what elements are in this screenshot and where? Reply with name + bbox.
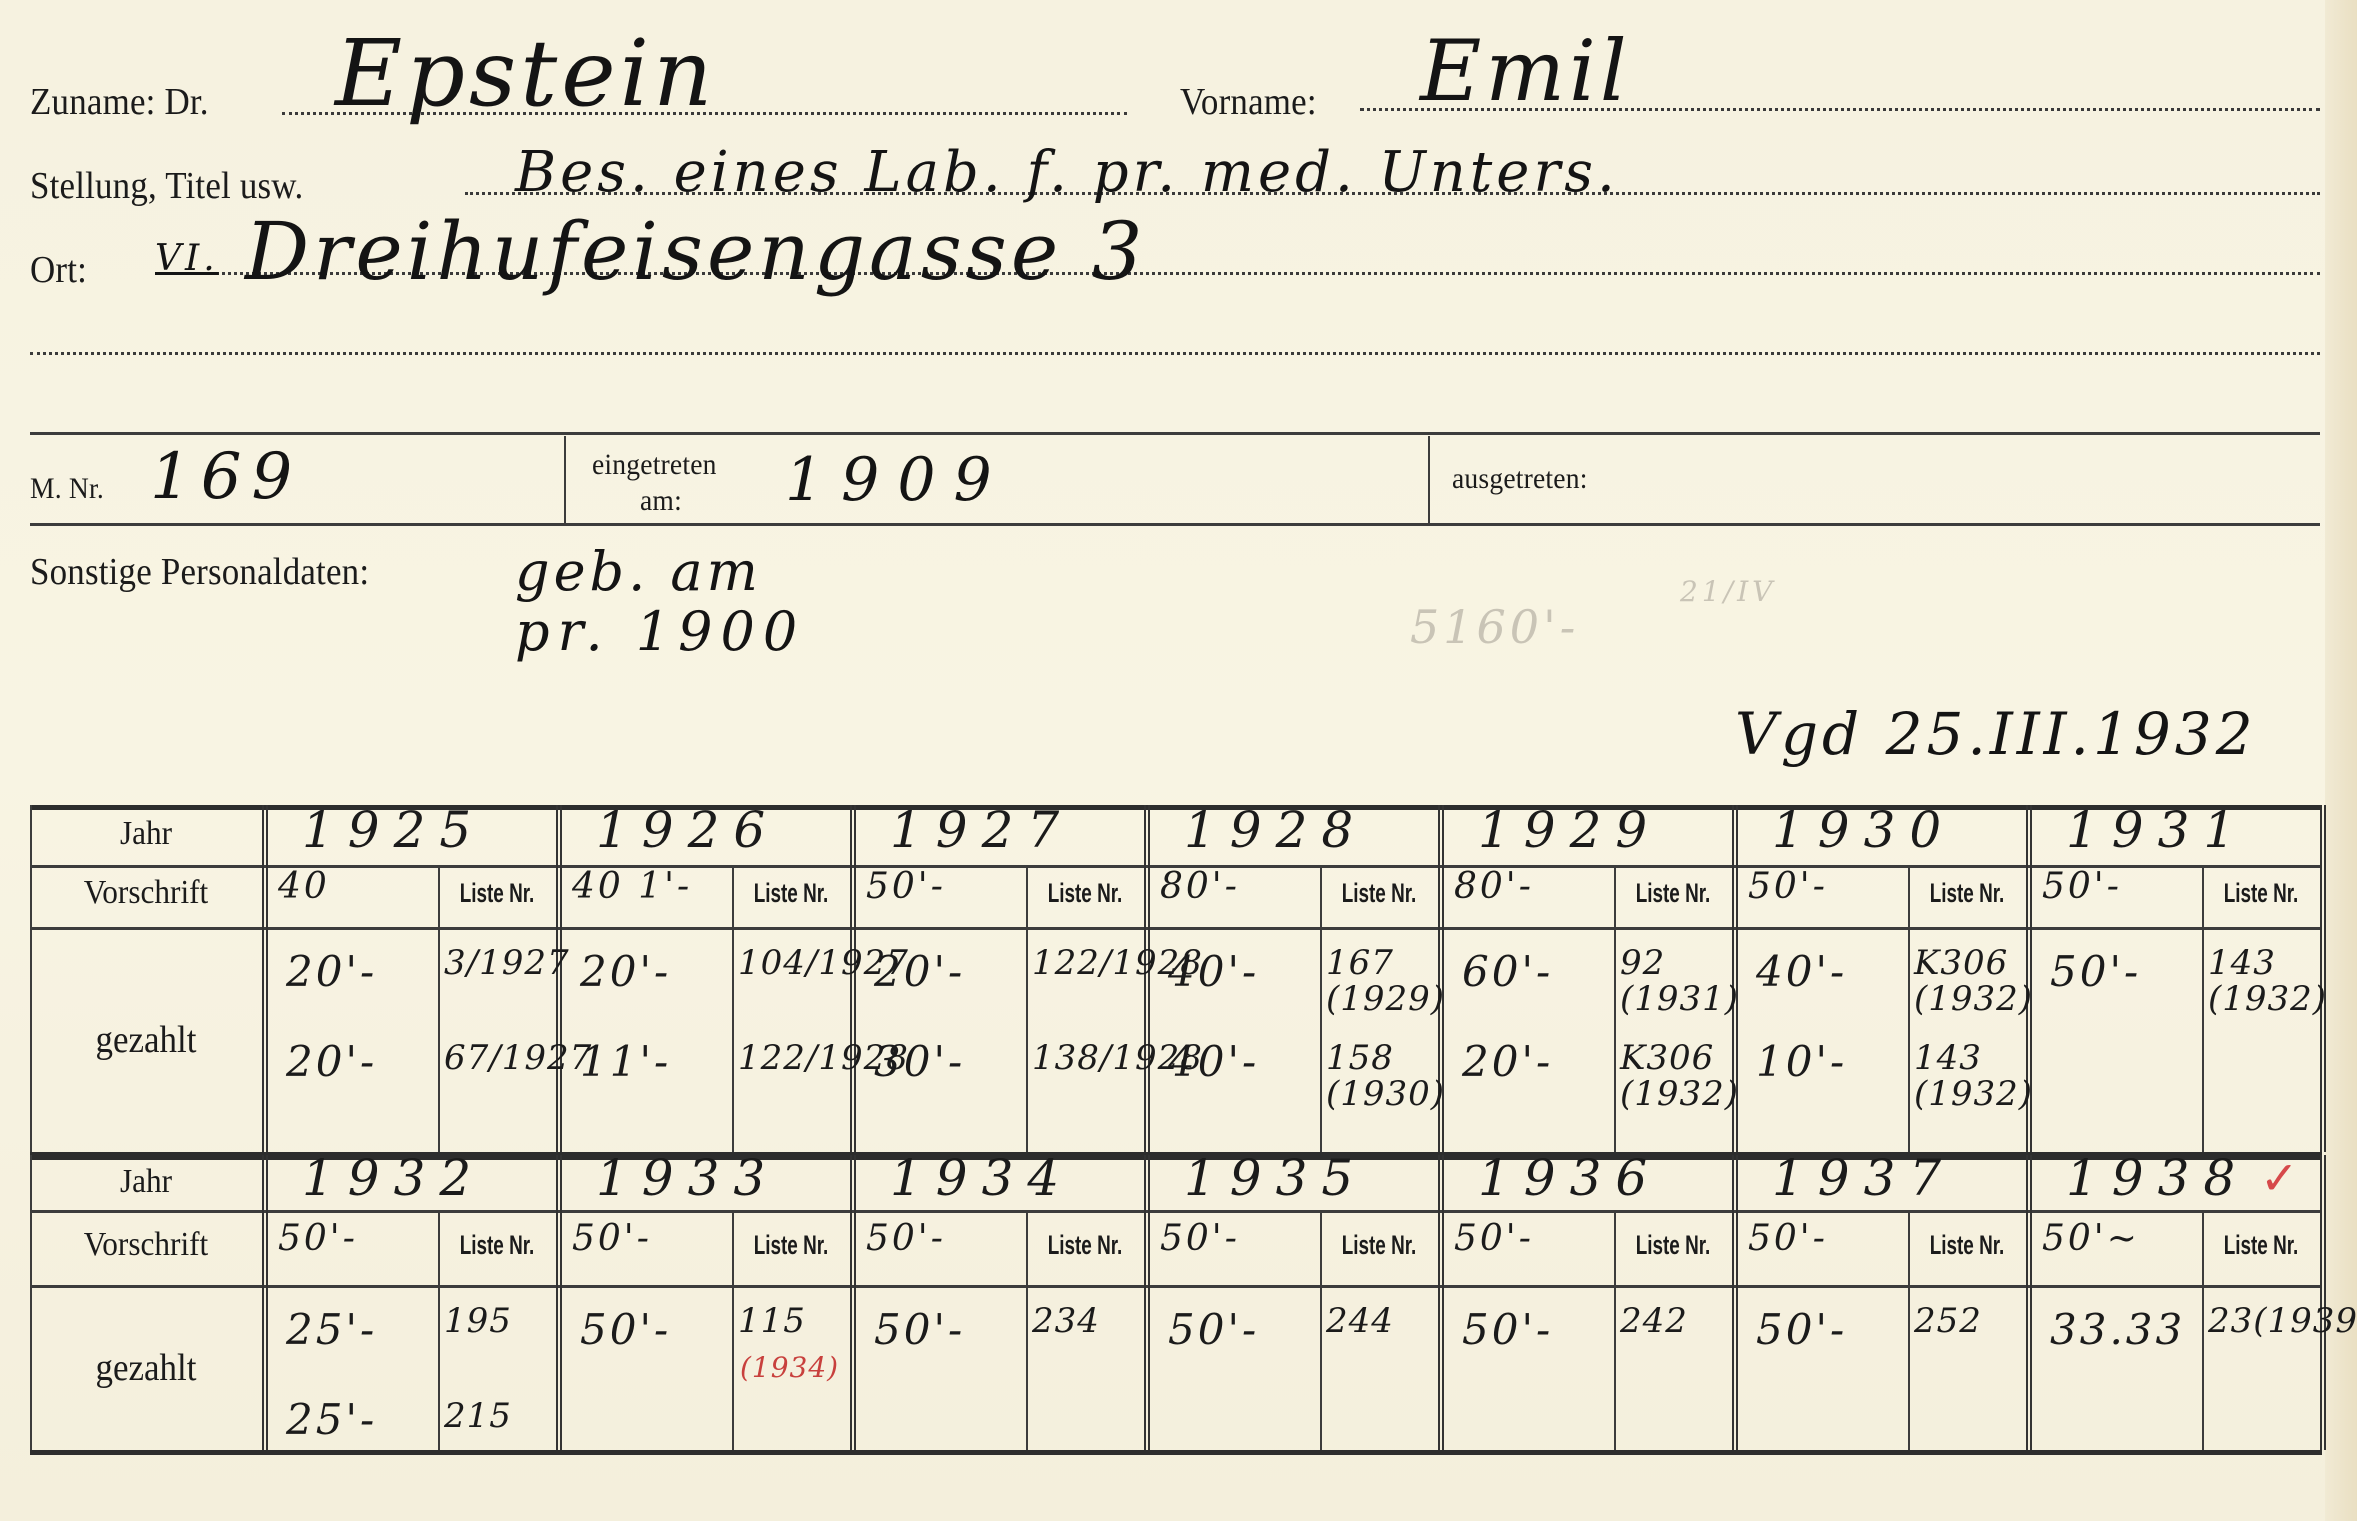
year-value: 1938: [2066, 1149, 2249, 1207]
list-reference: 92 (1931): [1620, 945, 1730, 1017]
list-no-header: Liste Nr.: [750, 878, 833, 909]
list-reference: 242: [1620, 1303, 1730, 1339]
list-reference: 167 (1929): [1326, 945, 1436, 1017]
blank-line: [30, 352, 2320, 355]
row-label-prescribed: Vorschrift: [39, 1226, 252, 1264]
year-value: 1930: [1772, 801, 1955, 859]
year-col-divider: [1732, 1155, 1738, 1450]
year-col-divider: [850, 1155, 856, 1450]
list-no-header: Liste Nr.: [456, 878, 539, 909]
list-reference: 143 (1932): [1914, 1040, 2024, 1112]
rule-bottom-membership: [30, 523, 2320, 526]
prescribed-value: 50'-: [2042, 866, 2122, 907]
paid-amount: 20'-: [286, 1037, 377, 1086]
row-label-year: Jahr: [39, 1163, 252, 1201]
paid-amount: 20'-: [874, 947, 965, 996]
surname-label: Zuname: Dr.: [30, 80, 209, 124]
list-reference: 122/1928: [738, 1040, 848, 1076]
paid-amount: 50'-: [2050, 947, 2141, 996]
list-col-divider: [1320, 1210, 1322, 1450]
list-reference: 215: [444, 1398, 554, 1434]
row-label-year: Jahr: [39, 815, 252, 853]
list-reference: 104/1927: [738, 945, 848, 981]
place-value: Dreihufeisengasse 3: [245, 205, 1147, 298]
list-reference: K306 (1932): [1914, 945, 2024, 1017]
list-reference: 3/1927: [444, 945, 554, 981]
list-col-divider: [1026, 865, 1028, 1152]
membership-card: Zuname: Dr. Epstein Vorname: Emil Stellu…: [0, 0, 2357, 1521]
joined-label: eingetreten: [592, 448, 717, 482]
list-reference: 234: [1032, 1303, 1142, 1339]
list-col-divider: [438, 865, 440, 1152]
paid-amount: 40'-: [1168, 1037, 1259, 1086]
prescribed-value: 50'-: [1748, 1218, 1828, 1259]
prescribed-value: 50'-: [866, 1218, 946, 1259]
paid-amount: 25'-: [286, 1305, 377, 1354]
prescribed-value: 40 1'-: [572, 866, 692, 907]
year-value: 1926: [596, 801, 779, 859]
list-col-divider: [1908, 865, 1910, 1152]
paid-amount: 50'-: [580, 1305, 671, 1354]
year-value: 1935: [1184, 1149, 1367, 1207]
table-bottom-rule: [30, 1450, 2322, 1455]
list-col-divider: [1908, 1210, 1910, 1450]
personal-data-line1: geb. am: [515, 540, 762, 603]
position-value: Bes. eines Lab. f. pr. med. Unters.: [515, 140, 1619, 205]
prescribed-value: 80'-: [1160, 866, 1240, 907]
faint-note-date: 21/IV: [1680, 575, 1776, 608]
paid-amount: 25'-: [286, 1395, 377, 1444]
list-no-header: Liste Nr.: [1632, 878, 1715, 909]
faint-note: 5160'-: [1410, 600, 1579, 654]
year-value: 1925: [302, 801, 485, 859]
list-no-header: Liste Nr.: [1044, 878, 1127, 909]
label-col-divider: [262, 1155, 268, 1450]
list-reference: 67/1927: [444, 1040, 554, 1076]
row-rule-prescribed: [30, 1285, 2322, 1288]
list-col-divider: [2202, 865, 2204, 1152]
list-col-divider: [2202, 1210, 2204, 1450]
list-reference: 138/1928: [1032, 1040, 1142, 1076]
firstname-label: Vorname:: [1180, 80, 1317, 124]
list-reference: 115: [738, 1303, 848, 1339]
year-col-divider: [556, 1155, 562, 1450]
paid-amount: 60'-: [1462, 947, 1553, 996]
paid-amount: 30'-: [874, 1037, 965, 1086]
list-col-divider: [1614, 1210, 1616, 1450]
list-col-divider: [1320, 865, 1322, 1152]
list-reference: 158 (1930): [1326, 1040, 1436, 1112]
list-no-header: Liste Nr.: [1044, 1230, 1127, 1261]
personal-data-label: Sonstige Personaldaten:: [30, 550, 369, 594]
list-reference-note: (1934): [740, 1350, 839, 1386]
prescribed-value: 50'-: [278, 1218, 358, 1259]
row-label-prescribed: Vorschrift: [39, 874, 252, 912]
year-value: 1927: [890, 801, 1073, 859]
paid-amount: 50'-: [1168, 1305, 1259, 1354]
paid-amount: 40'-: [1756, 947, 1847, 996]
prescribed-value: 50'-: [1454, 1218, 1534, 1259]
list-reference: K306 (1932): [1620, 1040, 1730, 1112]
paid-amount: 50'-: [1462, 1305, 1553, 1354]
payments-table-1932-1938: JahrVorschriftgezahlt193250'-Liste Nr.25…: [30, 1155, 2322, 1455]
place-label: Ort:: [30, 248, 87, 292]
list-reference: 244: [1326, 1303, 1436, 1339]
list-col-divider: [732, 1210, 734, 1450]
year-value: 1931: [2066, 801, 2249, 859]
prescribed-value: 50'-: [1160, 1218, 1240, 1259]
row-rule-prescribed: [30, 927, 2322, 930]
paid-amount: 20'-: [1462, 1037, 1553, 1086]
year-value: 1932: [302, 1149, 485, 1207]
divider-2: [1428, 436, 1430, 524]
firstname-value: Emil: [1420, 22, 1631, 120]
prescribed-value: 50'-: [1748, 866, 1828, 907]
list-col-divider: [732, 865, 734, 1152]
prescribed-value: 40: [278, 866, 330, 907]
prescribed-value: 50'-: [572, 1218, 652, 1259]
rule-top-membership: [30, 432, 2320, 435]
paid-amount: 11'-: [580, 1037, 671, 1086]
list-col-divider: [1026, 1210, 1028, 1450]
prescribed-value: 50'~: [2042, 1218, 2140, 1259]
joined-label-am: am:: [640, 484, 682, 518]
list-col-divider: [438, 1210, 440, 1450]
year-col-divider: [1438, 1155, 1444, 1450]
verification-note: Vgd 25.III.1932: [1735, 700, 2257, 768]
list-reference: 195: [444, 1303, 554, 1339]
paid-amount: 20'-: [580, 947, 671, 996]
list-no-header: Liste Nr.: [1926, 1230, 2009, 1261]
year-col-divider: [2026, 1155, 2032, 1450]
personal-data-line2: pr. 1900: [515, 600, 805, 663]
position-label: Stellung, Titel usw.: [30, 164, 303, 208]
paid-amount: 40'-: [1168, 947, 1259, 996]
place-district: VI.: [155, 238, 219, 279]
paid-amount: 20'-: [286, 947, 377, 996]
row-rule-year: [30, 1210, 2322, 1213]
year-value: 1929: [1478, 801, 1661, 859]
list-reference: 122/1928: [1032, 945, 1142, 981]
prescribed-value: 80'-: [1454, 866, 1534, 907]
list-reference: 143 (1932): [2208, 945, 2318, 1017]
list-no-header: Liste Nr.: [456, 1230, 539, 1261]
table-left-edge: [30, 805, 32, 1152]
check-mark-icon: ✓: [2260, 1151, 2299, 1205]
row-label-paid: gezahlt: [39, 1346, 252, 1390]
card-edge: [2325, 0, 2357, 1521]
list-col-divider: [1614, 865, 1616, 1152]
list-reference: 23(1939): [2208, 1303, 2318, 1339]
list-no-header: Liste Nr.: [1632, 1230, 1715, 1261]
joined-value: 1909: [785, 445, 1010, 515]
member-number-value: 169: [150, 440, 302, 514]
list-no-header: Liste Nr.: [1338, 1230, 1421, 1261]
year-value: 1934: [890, 1149, 1073, 1207]
list-no-header: Liste Nr.: [1338, 878, 1421, 909]
list-no-header: Liste Nr.: [1926, 878, 2009, 909]
year-value: 1937: [1772, 1149, 1955, 1207]
paid-amount: 50'-: [1756, 1305, 1847, 1354]
label-col-divider: [262, 805, 268, 1152]
row-label-paid: gezahlt: [39, 1018, 252, 1062]
paid-amount: 33.33: [2050, 1305, 2185, 1354]
left-label: ausgetreten:: [1452, 462, 1588, 496]
list-reference: 252: [1914, 1303, 2024, 1339]
list-no-header: Liste Nr.: [2220, 878, 2303, 909]
payments-table-1925-1931: JahrVorschriftgezahlt192540Liste Nr.20'-…: [30, 805, 2322, 1155]
table-left-edge: [30, 1155, 32, 1450]
year-col-divider: [1144, 1155, 1150, 1450]
paid-amount: 10'-: [1756, 1037, 1847, 1086]
list-no-header: Liste Nr.: [2220, 1230, 2303, 1261]
surname-value: Epstein: [335, 20, 716, 127]
divider-1: [564, 436, 566, 524]
member-number-label: M. Nr.: [30, 472, 104, 506]
year-value: 1933: [596, 1149, 779, 1207]
paid-amount: 50'-: [874, 1305, 965, 1354]
year-value: 1936: [1478, 1149, 1661, 1207]
list-no-header: Liste Nr.: [750, 1230, 833, 1261]
prescribed-value: 50'-: [866, 866, 946, 907]
year-value: 1928: [1184, 801, 1367, 859]
